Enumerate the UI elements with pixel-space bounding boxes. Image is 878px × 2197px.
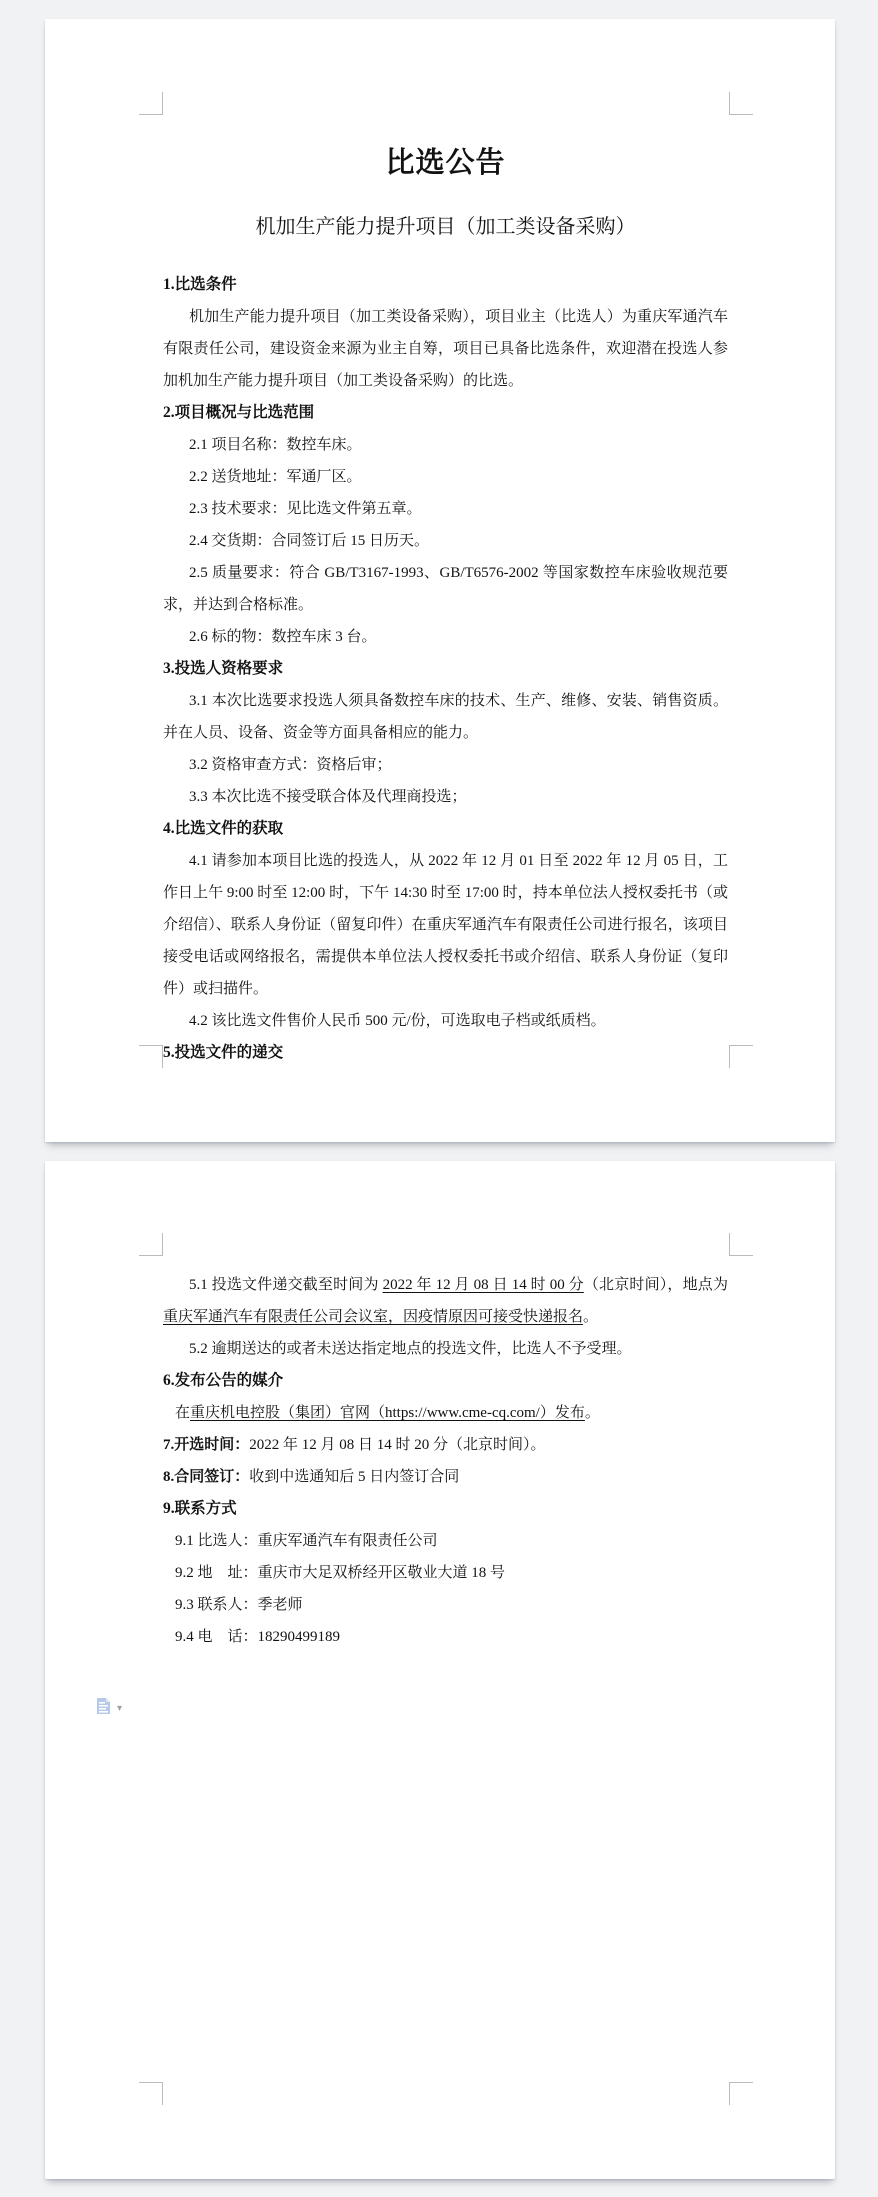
text-run: 4.1 请参加本项目比选的投选人，从 2022 年 12 月 01 日至 202… [163,853,728,997]
heading: 4.比选文件的获取 [163,813,728,845]
paragraph: 5.1 投选文件递交截至时间为 2022 年 12 月 08 日 14 时 00… [163,1269,728,1333]
text-run: 5.1 投选文件递交截至时间为 [189,1277,383,1293]
document-page-1: 比选公告机加生产能力提升项目（加工类设备采购）1.比选条件机加生产能力提升项目（… [45,19,835,1142]
document-viewer: { "document": { "title": "比选公告", "subtit… [0,0,878,2197]
paste-options-icon[interactable] [95,1697,112,1721]
paragraph: 机加生产能力提升项目（加工类设备采购），项目业主（比选人）为重庆军通汽车有限责任… [163,301,728,397]
text-run: 2.项目概况与比选范围 [163,404,314,421]
text-run: 2.3 技术要求：见比选文件第五章。 [189,501,422,517]
underlined-text: 重庆军通汽车有限责任公司会议室，因疫情原因可接受快递报名 [163,1309,583,1325]
text-run: 2.1 项目名称：数控车床。 [189,437,362,453]
paragraph: 9.2 地 址：重庆市大足双桥经开区敬业大道 18 号 [163,1557,728,1589]
text-run: 6.发布公告的媒介 [163,1372,283,1389]
text-run: 3.2 资格审查方式：资格后审； [189,757,392,773]
text-run: 3.3 本次比选不接受联合体及代理商投选； [189,789,467,805]
paragraph: 8.合同签订：收到中选通知后 5 日内签订合同 [163,1461,728,1493]
text-run: 9.联系方式 [163,1500,237,1517]
margin-mark-top-right [729,92,753,115]
text-run: 9.1 比选人：重庆军通汽车有限责任公司 [175,1533,438,1549]
paragraph: 2.2 送货地址：军通厂区。 [163,461,728,493]
paragraph: 4.1 请参加本项目比选的投选人，从 2022 年 12 月 01 日至 202… [163,845,728,1005]
paragraph: 3.1 本次比选要求投选人须具备数控车床的技术、生产、维修、安装、销售资质。并在… [163,685,728,749]
paragraph: 2.1 项目名称：数控车床。 [163,429,728,461]
text-run: 2.5 质量要求：符合 GB/T3167-1993、GB/T6576-2002 … [163,565,728,613]
heading: 9.联系方式 [163,1493,728,1525]
text-run: 。 [585,1405,600,1421]
text-run: 收到中选通知后 5 日内签订合同 [249,1469,459,1485]
underlined-text: 重庆机电控股（集团）官网（https://www.cme-cq.com/）发布 [190,1405,585,1421]
text-run: 。 [583,1309,598,1325]
text-run: 比选公告 [385,147,505,179]
text-run: 4.2 该比选文件售价人民币 500 元/份，可选取电子档或纸质档。 [189,1013,606,1029]
text-run: 7.开选时间： [163,1437,249,1453]
paragraph: 2.3 技术要求：见比选文件第五章。 [163,493,728,525]
text-run: 9.4 电 话：18290499189 [175,1629,340,1645]
doc-title: 比选公告 [163,141,728,185]
text-run: 9.2 地 址：重庆市大足双桥经开区敬业大道 18 号 [175,1565,505,1581]
text-run: 在 [175,1405,190,1421]
text-run: 3.1 本次比选要求投选人须具备数控车床的技术、生产、维修、安装、销售资质。并在… [163,693,728,741]
text-run: 2.4 交货期：合同签订后 15 日历天。 [189,533,429,549]
underlined-text: 2022 年 12 月 08 日 14 时 00 分 [383,1277,584,1293]
text-run: 8.合同签订： [163,1469,249,1485]
margin-mark-bottom-right [729,1045,753,1068]
paragraph: 2.5 质量要求：符合 GB/T3167-1993、GB/T6576-2002 … [163,557,728,621]
paragraph: 5.2 逾期送达的或者未送达指定地点的投选文件，比选人不予受理。 [163,1333,728,1365]
paste-options-button[interactable]: ▾ [95,1697,137,1721]
text-run: 2.6 标的物：数控车床 3 台。 [189,629,377,645]
text-run: 机加生产能力提升项目（加工类设备采购），项目业主（比选人）为重庆军通汽车有限责任… [163,309,728,389]
paragraph: 3.3 本次比选不接受联合体及代理商投选； [163,781,728,813]
paragraph: 2.4 交货期：合同签订后 15 日历天。 [163,525,728,557]
text-run: 2022 年 12 月 08 日 14 时 20 分（北京时间）。 [249,1437,545,1453]
margin-mark-bottom-left [139,1045,163,1068]
text-run: 2.2 送货地址：军通厂区。 [189,469,362,485]
heading: 2.项目概况与比选范围 [163,397,728,429]
margin-mark-bottom-right [729,2082,753,2105]
text-run: 3.投选人资格要求 [163,660,283,677]
paragraph: 9.3 联系人：季老师 [163,1589,728,1621]
text-run: 4.比选文件的获取 [163,820,283,837]
paragraph: 7.开选时间：2022 年 12 月 08 日 14 时 20 分（北京时间）。 [163,1429,728,1461]
paragraph: 4.2 该比选文件售价人民币 500 元/份，可选取电子档或纸质档。 [163,1005,728,1037]
margin-mark-top-right [729,1233,753,1256]
margin-mark-top-left [139,1233,163,1256]
paragraph: 3.2 资格审查方式：资格后审； [163,749,728,781]
text-run: 1.比选条件 [163,276,237,293]
paragraph: 在重庆机电控股（集团）官网（https://www.cme-cq.com/）发布… [163,1397,728,1429]
paste-options-dropdown-arrow[interactable]: ▾ [117,1704,122,1714]
document-page-2: 5.1 投选文件递交截至时间为 2022 年 12 月 08 日 14 时 00… [45,1161,835,2179]
page-content: 5.1 投选文件递交截至时间为 2022 年 12 月 08 日 14 时 00… [163,1161,728,1653]
text-run: 9.3 联系人：季老师 [175,1597,303,1613]
doc-subtitle: 机加生产能力提升项目（加工类设备采购） [163,211,728,243]
paragraph: 9.4 电 话：18290499189 [163,1621,728,1653]
text-run: 机加生产能力提升项目（加工类设备采购） [256,216,636,238]
page-content: 比选公告机加生产能力提升项目（加工类设备采购）1.比选条件机加生产能力提升项目（… [163,19,728,1069]
paragraph: 9.1 比选人：重庆军通汽车有限责任公司 [163,1525,728,1557]
heading: 6.发布公告的媒介 [163,1365,728,1397]
heading: 3.投选人资格要求 [163,653,728,685]
text-run: 5.投选文件的递交 [163,1044,283,1061]
heading: 1.比选条件 [163,269,728,301]
margin-mark-top-left [139,92,163,115]
text-run: （北京时间），地点为 [584,1277,728,1293]
text-run: 5.2 逾期送达的或者未送达指定地点的投选文件，比选人不予受理。 [189,1341,632,1357]
heading: 5.投选文件的递交 [163,1037,728,1069]
paragraph: 2.6 标的物：数控车床 3 台。 [163,621,728,653]
margin-mark-bottom-left [139,2082,163,2105]
